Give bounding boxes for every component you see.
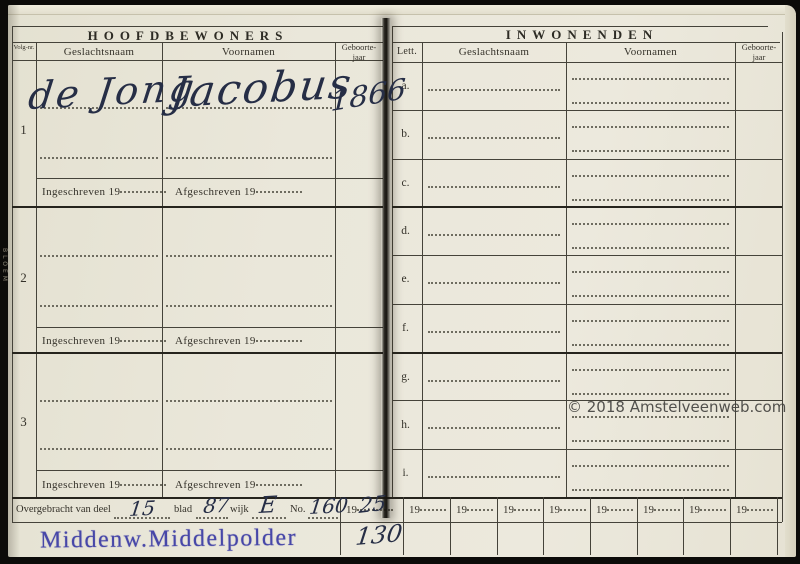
writing-line (572, 320, 729, 322)
year-cell: 19 (689, 504, 726, 516)
writing-line (572, 150, 729, 152)
overgebracht-label: Overgebracht van deel (16, 504, 111, 515)
writing-line (572, 126, 729, 128)
inwonende-row-letter: d. (392, 225, 419, 237)
row-number-1: 1 (13, 122, 34, 138)
year-value-25: 25 (358, 491, 387, 518)
inwonende-row-letter: f. (392, 322, 419, 334)
house-number: 130 (354, 519, 404, 551)
printer-edge-mark: BLOEM (1, 248, 8, 284)
inwonenden-title: INWONENDEN (392, 27, 772, 43)
dotted-leader (560, 509, 586, 511)
column-header-lett: Lett. (392, 46, 422, 57)
dotted-leader (654, 509, 680, 511)
year-cell: 19 (736, 504, 773, 516)
block-divider (12, 206, 383, 208)
rule (590, 497, 591, 555)
year-cell: 19 (503, 504, 540, 516)
writing-line (572, 247, 729, 249)
blad-value: 87 (202, 493, 231, 518)
writing-line (572, 223, 729, 225)
writing-line (40, 305, 158, 307)
writing-line (428, 476, 560, 478)
ingeschreven-label: Ingeschreven 19 (42, 335, 166, 347)
column-header-volgnr: Volg-nr. (13, 44, 35, 52)
column-header-geboortejaar-right: Geboorte-jaar (736, 43, 782, 63)
writing-line (166, 305, 332, 307)
writing-line (428, 427, 560, 429)
year-prefix: 19 (456, 504, 467, 516)
dotted-leader (420, 509, 446, 511)
dotted-leader (514, 509, 540, 511)
rule (392, 159, 782, 160)
dotted-leader (120, 340, 166, 342)
column-header-geslachtsnaam-left: Geslachtsnaam (36, 46, 162, 58)
address-stamp: Middenw.Middelpolder (40, 524, 335, 554)
rule (392, 62, 782, 63)
rule (12, 42, 383, 43)
writing-line (572, 295, 729, 297)
afgeschreven-text: Afgeschreven 19 (175, 335, 256, 347)
year-prefix: 19 (596, 504, 607, 516)
dotted-leader (120, 191, 166, 193)
block-divider (12, 497, 782, 499)
writing-line (428, 282, 560, 284)
writing-line (428, 234, 560, 236)
rule (730, 497, 731, 555)
page-stack-edge-top (8, 5, 796, 15)
inwonende-row-letter: g. (392, 371, 419, 383)
ingeschreven-text: Ingeschreven 19 (42, 335, 120, 347)
page-stack-edge-right (785, 5, 796, 557)
year-prefix: 19 (736, 504, 747, 516)
writing-line (428, 89, 560, 91)
rule (36, 470, 383, 471)
column-header-voornamen-right: Voornamen (566, 46, 735, 58)
writing-line (572, 344, 729, 346)
entry-voornamen: Jacobus (168, 59, 356, 117)
writing-line (572, 416, 729, 418)
dotted-leader (467, 509, 493, 511)
dotted-leader (256, 340, 302, 342)
year-prefix: 19 (503, 504, 514, 516)
afgeschreven-label: Afgeschreven 19 (175, 479, 302, 491)
writing-line (572, 489, 729, 491)
writing-line (572, 440, 729, 442)
inwonende-row-letter: e. (392, 273, 419, 285)
rule (392, 26, 768, 27)
writing-line (166, 448, 332, 450)
rule (637, 497, 638, 555)
writing-line (572, 78, 729, 80)
rule (392, 304, 782, 305)
rule (543, 497, 544, 555)
rule (392, 42, 780, 43)
writing-line (572, 199, 729, 201)
writing-line (40, 448, 158, 450)
rule (450, 497, 451, 555)
afgeschreven-label: Afgeschreven 19 (175, 186, 302, 198)
writing-line (166, 255, 332, 257)
rule (392, 110, 782, 111)
row-number-3: 3 (13, 414, 34, 430)
rule (392, 255, 782, 256)
inwonende-row-letter: b. (392, 128, 419, 140)
rule (777, 497, 778, 555)
year-cell: 19 (596, 504, 633, 516)
rule (36, 178, 383, 179)
year-cell: 19 (456, 504, 493, 516)
row-number-2: 2 (13, 270, 34, 286)
rule (392, 449, 782, 450)
inwonende-row-letter: h. (392, 419, 419, 431)
dotted-leader (747, 509, 773, 511)
column-header-geslachtsnaam-right: Geslachtsnaam (422, 46, 566, 58)
rule (782, 32, 783, 522)
inwonende-row-letter: i. (392, 467, 419, 479)
ingeschreven-label: Ingeschreven 19 (42, 479, 166, 491)
block-divider (392, 206, 782, 208)
inwonende-row-letter: c. (392, 177, 419, 189)
writing-line (572, 271, 729, 273)
rule (683, 497, 684, 555)
dotted-leader (700, 509, 726, 511)
year-cell: 19 (549, 504, 586, 516)
dotted-leader (120, 484, 166, 486)
writing-line (572, 393, 729, 395)
writing-line (428, 137, 560, 139)
writing-line (166, 400, 332, 402)
writing-line (40, 157, 158, 159)
year-prefix: 19 (549, 504, 560, 516)
dotted-leader (607, 509, 633, 511)
writing-line (428, 186, 560, 188)
writing-line (572, 102, 729, 104)
wijk-value: E (258, 492, 278, 519)
year-prefix: 19 (409, 504, 420, 516)
afgeschreven-text: Afgeschreven 19 (175, 479, 256, 491)
afgeschreven-label: Afgeschreven 19 (175, 335, 302, 347)
afgeschreven-text: Afgeschreven 19 (175, 186, 256, 198)
column-header-voornamen-left: Voornamen (162, 46, 335, 58)
ingeschreven-text: Ingeschreven 19 (42, 186, 120, 198)
year-prefix: 19 (689, 504, 700, 516)
ingeschreven-text: Ingeschreven 19 (42, 479, 120, 491)
dotted-leader (256, 484, 302, 486)
writing-line (166, 157, 332, 159)
year-cell: 19 (409, 504, 446, 516)
writing-line (428, 380, 560, 382)
no-label: No. (290, 504, 305, 515)
writing-line (428, 331, 560, 333)
block-divider (12, 352, 383, 354)
wijk-label: wijk (230, 504, 249, 515)
population-register-scan: BLOEM HOOFDBEWONERS Volg-nr. Geslachtsna… (0, 0, 800, 564)
deel-value: 15 (128, 496, 157, 521)
ingeschreven-label: Ingeschreven 19 (42, 186, 166, 198)
dotted-leader (256, 191, 302, 193)
rule (403, 497, 404, 555)
year-cell: 19 (643, 504, 680, 516)
writing-line (572, 175, 729, 177)
rule (36, 327, 383, 328)
block-divider (392, 352, 782, 354)
writing-line (572, 465, 729, 467)
year-prefix: 19 (643, 504, 654, 516)
writing-line (40, 255, 158, 257)
rule (12, 26, 383, 27)
writing-line (40, 400, 158, 402)
rule (497, 497, 498, 555)
blad-label: blad (174, 504, 192, 515)
writing-line (572, 369, 729, 371)
copyright-watermark: © 2018 Amstelveenweb.com (567, 398, 786, 416)
no-value: 160 (308, 493, 349, 519)
